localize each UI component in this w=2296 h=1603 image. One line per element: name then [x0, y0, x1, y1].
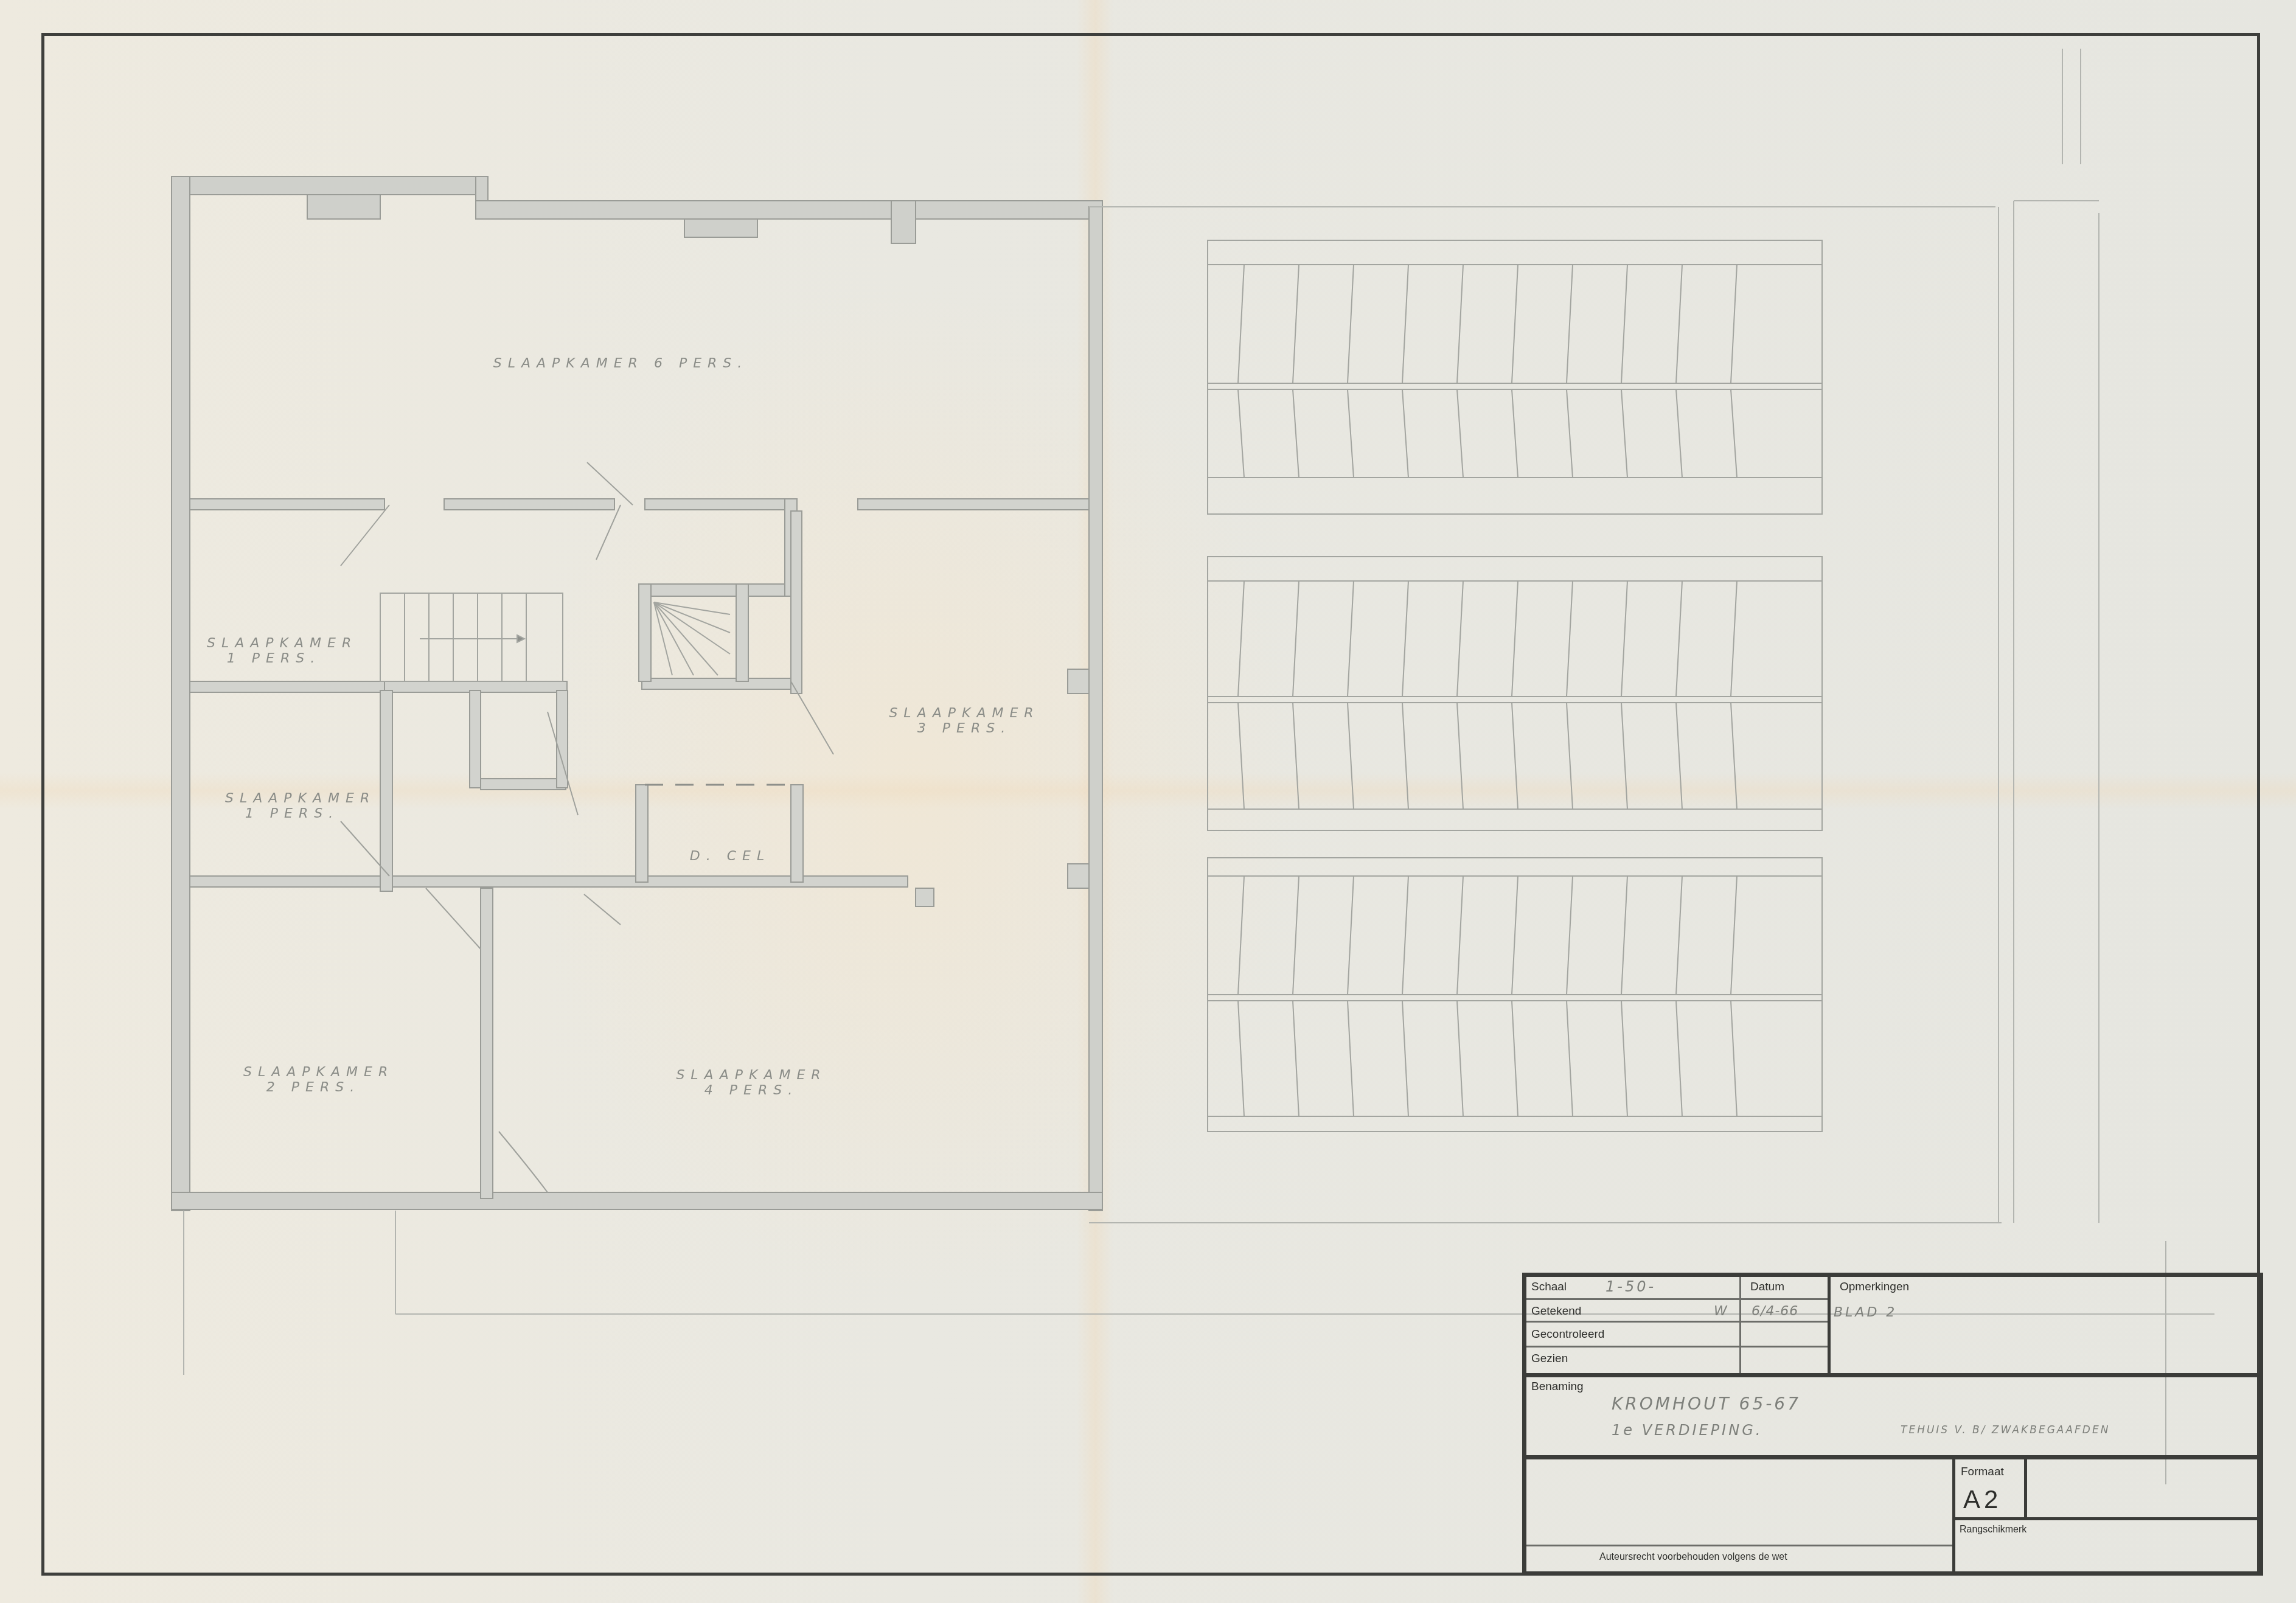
- divider: [1952, 1459, 1955, 1571]
- divider: [1739, 1277, 1741, 1373]
- room-name: SLAAPKAMER: [207, 636, 341, 651]
- room-label-slaapkamer-1b: SLAAPKAMER 1 PERS.: [225, 791, 359, 821]
- room-name: SLAAPKAMER: [243, 1065, 383, 1080]
- room-name: SLAAPKAMER: [666, 1068, 837, 1083]
- divider: [1526, 1346, 1831, 1347]
- room-label-slaapkamer-4: SLAAPKAMER 4 PERS.: [666, 1068, 837, 1098]
- rangschikmerk-label: Rangschikmerk: [1960, 1525, 2026, 1535]
- formaat-label: Formaat: [1961, 1466, 2004, 1479]
- room-occupancy: 2 PERS.: [243, 1080, 383, 1095]
- divider: [1526, 1321, 1831, 1323]
- getekend-value: W: [1714, 1304, 1730, 1319]
- construction-lines: [184, 49, 2214, 1484]
- gezien-label: Gezien: [1531, 1352, 1568, 1366]
- room-label-slaapkamer-3: SLAAPKAMER 3 PERS.: [885, 706, 1043, 736]
- divider: [2024, 1459, 2027, 1517]
- benaming-line1: KROMHOUT 65-67: [1612, 1394, 1801, 1414]
- divider: [1526, 1455, 2259, 1459]
- floor-plan: [172, 49, 2214, 1484]
- datum-label: Datum: [1750, 1281, 1784, 1294]
- formaat-value: A2: [1963, 1485, 2002, 1514]
- schaal-label: Schaal: [1531, 1281, 1567, 1294]
- winder-staircase: [654, 602, 730, 675]
- room-name: SLAAPKAMER: [493, 356, 644, 371]
- getekend-label: Getekend: [1531, 1305, 1581, 1318]
- opmerkingen-value: BLAD 2: [1834, 1305, 1897, 1320]
- room-label-douchecel: D. CEL: [675, 849, 785, 864]
- room-occupancy: 6 PERS.: [654, 356, 748, 371]
- divider: [1952, 1517, 2259, 1520]
- divider: [1526, 1373, 2259, 1377]
- room-name: D. CEL: [675, 849, 785, 864]
- benaming-line2: 1e VERDIEPING.: [1612, 1422, 1762, 1439]
- room-occupancy: 1 PERS.: [207, 651, 341, 666]
- copyright-notice: Auteursrecht voorbehouden volgens de wet: [1599, 1552, 1787, 1563]
- divider: [1828, 1277, 1831, 1373]
- room-name: SLAAPKAMER: [885, 706, 1043, 721]
- room-label-slaapkamer-2: SLAAPKAMER 2 PERS.: [243, 1065, 383, 1095]
- room-occupancy: 4 PERS.: [666, 1083, 837, 1098]
- room-occupancy: 1 PERS.: [225, 806, 359, 821]
- benaming-note: TEHUIS V. B/ ZWAKBEGAAFDEN: [1901, 1424, 2110, 1436]
- datum-value: 6/4-66: [1752, 1304, 1798, 1319]
- opmerkingen-label: Opmerkingen: [1840, 1281, 1909, 1294]
- benaming-label: Benaming: [1531, 1380, 1584, 1394]
- straight-staircase: [380, 593, 563, 681]
- room-label-slaapkamer-6: SLAAPKAMER 6 PERS.: [487, 356, 754, 371]
- schaal-value: 1-50-: [1605, 1278, 1656, 1295]
- outer-walls: [172, 176, 1102, 1211]
- divider: [1526, 1298, 1831, 1300]
- room-name: SLAAPKAMER: [225, 791, 359, 806]
- title-block: Schaal 1-50- Datum Opmerkingen Getekend …: [1522, 1273, 2263, 1576]
- room-occupancy: 3 PERS.: [885, 721, 1043, 736]
- roof-panels: [1208, 240, 1822, 1132]
- gecontroleerd-label: Gecontroleerd: [1531, 1328, 1604, 1341]
- divider: [1526, 1545, 1952, 1546]
- room-label-slaapkamer-1a: SLAAPKAMER 1 PERS.: [207, 636, 341, 666]
